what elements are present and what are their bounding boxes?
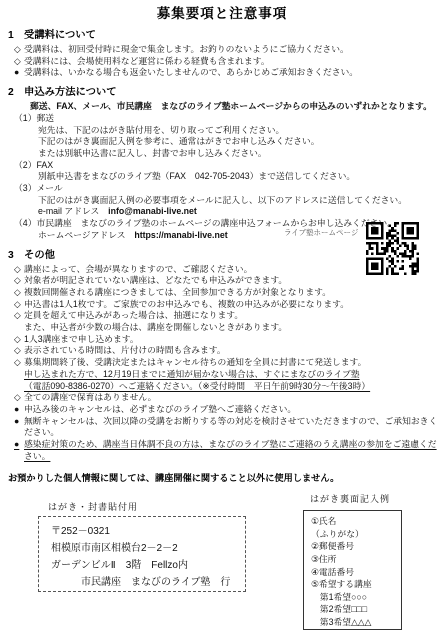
bullet-marker: ● bbox=[14, 67, 24, 79]
bullet-marker: ● bbox=[14, 416, 24, 428]
privacy-note: お預かりした個人情報に関しては、講座開催に関すること以外に使用しません。 bbox=[8, 473, 444, 485]
bullet-marker: ◇ bbox=[14, 357, 24, 369]
page-title: 募集要項と注意事項 bbox=[0, 5, 444, 22]
note-text: また、申込者が少数の場合は、講座を開催しないときがあります。 bbox=[24, 322, 287, 334]
bullet-marker bbox=[14, 369, 24, 381]
note-text: 全ての講座で保育はありません。 bbox=[24, 392, 156, 404]
bullet-marker: ◇ bbox=[14, 334, 24, 346]
other-note-line: ◇募集期間終了後、受講決定またはキャンセル待ちの通知を全員に封書にて発送します。 bbox=[14, 357, 444, 369]
other-note-line: ださい。 bbox=[14, 427, 444, 439]
postcard-example-label: はがき裏面記入例 bbox=[310, 494, 390, 506]
other-note-line: ●感染症対策のため、講座当日体調不良の方は、まなびのライブ塾にご連絡のうえ講座の… bbox=[14, 439, 444, 451]
address-text: https://manabi-live.net bbox=[134, 230, 227, 240]
note-text: 対象者が明記されていない講座は、どなたでも申込みができます。 bbox=[24, 275, 287, 287]
entry-example-line: ②郵便番号 bbox=[311, 540, 401, 553]
bullet-marker: ◇ bbox=[14, 275, 24, 287]
note-text: 1人3講座まで申し込めます。 bbox=[24, 334, 139, 346]
qr-block: ライブ塾ホームページ bbox=[284, 222, 419, 275]
note-text: 申込書は1人1枚です。ご家族でのお申込みでも、複数の申込みが必要になります。 bbox=[24, 299, 349, 311]
note-text: さい。 bbox=[24, 451, 50, 463]
entry-example-line: ③住所 bbox=[311, 553, 401, 566]
entry-example-line: （ふりがな） bbox=[311, 528, 401, 541]
entry-example-line: 第1希望○○○ bbox=[311, 591, 401, 604]
mailing-address-box: 〒252－0321相模原市南区相模台2－2－2ガーデンビルⅡ 3階 Fellzo… bbox=[38, 516, 246, 592]
address-line: 市民講座 まなびのライブ塾 行 bbox=[51, 574, 245, 591]
other-note-line: ◇複数回開催される講座につきましては、全回参加できる方が対象となります。 bbox=[14, 287, 444, 299]
fee-notes-list: ◇受講料は、初回受付時に現金で集金します。お釣りのないようにご協力ください。◇受… bbox=[14, 44, 444, 79]
note-text: 受講料には、会場使用料など運営に係わる経費も含まれます。 bbox=[24, 56, 270, 68]
entry-example-line: ①氏名 bbox=[311, 515, 401, 528]
note-text: （電話090-8386-0270）へご連絡ください。（※受付時間 平日午前9時3… bbox=[24, 381, 370, 393]
method-detail-line: 下記のはがき裏面記入例の必要事項をメールに記入し、以下のアドレスに送信してくださ… bbox=[38, 195, 444, 207]
address-line: 相模原市南区相模台2－2－2 bbox=[51, 540, 245, 557]
qr-code-icon bbox=[366, 222, 419, 275]
bullet-marker: ◇ bbox=[14, 44, 24, 56]
note-text: 受講料は、いかなる場合も返金いたしませんので、あらかじめご承知おきください。 bbox=[24, 67, 358, 79]
other-note-line: 申し込まれた方で、12月19日までに通知が届かない場合は、すぐにまなびのライブ塾 bbox=[14, 369, 444, 381]
application-methods-intro: 郵送、FAX、メール、市民講座 まなびのライブ塾ホームページからの申込みのいずれ… bbox=[30, 101, 444, 113]
method-detail-line: 下記のはがき裏面記入例を参考に、通常はがきでお申し込みください。 bbox=[38, 136, 444, 148]
postcard-entry-example-box: ①氏名（ふりがな）②郵便番号③住所④電話番号⑤希望する講座 第1希望○○○ 第2… bbox=[303, 510, 402, 630]
address-text: info@manabi-live.net bbox=[108, 206, 197, 216]
bullet-marker: ● bbox=[14, 439, 24, 451]
bullet-marker: ◇ bbox=[14, 299, 24, 311]
address-line: ガーデンビルⅡ 3階 Fellzo内 bbox=[51, 557, 245, 574]
note-text: 複数回開催される講座につきましては、全回参加できる方が対象となります。 bbox=[24, 287, 331, 299]
bullet-marker: ● bbox=[14, 404, 24, 416]
note-text: 無断キャンセルは、次回以降の受講をお断りする等の対応を検討させていただきますので… bbox=[24, 416, 437, 428]
other-note-line: （電話090-8386-0270）へご連絡ください。（※受付時間 平日午前9時3… bbox=[14, 381, 444, 393]
other-note-line: ◇対象者が明記されていない講座は、どなたでも申込みができます。 bbox=[14, 275, 444, 287]
note-text: 講座によって、会場が異なりますので、ご確認ください。 bbox=[24, 264, 252, 276]
other-notes-list: ◇講座によって、会場が異なりますので、ご確認ください。◇対象者が明記されていない… bbox=[14, 264, 444, 463]
bullet-marker bbox=[14, 322, 24, 334]
method-label: （3）メール bbox=[14, 183, 444, 195]
entry-example-line: 第3希望△△△ bbox=[311, 616, 401, 629]
bullet-marker: ◇ bbox=[14, 392, 24, 404]
fee-note-line: ◇受講料は、初回受付時に現金で集金します。お釣りのないようにご協力ください。 bbox=[14, 44, 444, 56]
other-note-line: ●申込み後のキャンセルは、必ずまなびのライブ塾へご連絡ください。 bbox=[14, 404, 444, 416]
method-detail-line: または別紙申込書に記入し、封書でお申し込みください。 bbox=[38, 148, 444, 160]
section1-heading: 1 受講料について bbox=[8, 29, 444, 42]
address-line: 〒252－0321 bbox=[51, 523, 245, 540]
postcard-address-label: はがき・封書貼付用 bbox=[48, 502, 138, 514]
other-note-line: ◇定員を超えて申込みがあった場合は、抽選になります。 bbox=[14, 310, 444, 322]
document-page: 募集要項と注意事項 1 受講料について ◇受講料は、初回受付時に現金で集金します… bbox=[0, 0, 444, 631]
bullet-marker: ◇ bbox=[14, 287, 24, 299]
note-text: 申込み後のキャンセルは、必ずまなびのライブ塾へご連絡ください。 bbox=[24, 404, 296, 416]
entry-example-line: ⑤希望する講座 bbox=[311, 578, 401, 591]
note-text: ださい。 bbox=[24, 427, 59, 439]
note-text: 表示されている時間は、片付けの時間も含みます。 bbox=[24, 345, 226, 357]
method-label: （1）郵送 bbox=[14, 113, 444, 125]
postcard-section: はがき・封書貼付用 はがき裏面記入例 〒252－0321相模原市南区相模台2－2… bbox=[0, 488, 444, 631]
bullet-marker bbox=[14, 451, 24, 463]
other-note-line: ◇1人3講座まで申し込めます。 bbox=[14, 334, 444, 346]
bullet-marker: ◇ bbox=[14, 345, 24, 357]
entry-example-line: 第2希望□□□ bbox=[311, 603, 401, 616]
bullet-marker bbox=[14, 381, 24, 393]
other-note-line: ◇全ての講座で保育はありません。 bbox=[14, 392, 444, 404]
note-text: 感染症対策のため、講座当日体調不良の方は、まなびのライブ塾にご連絡のうえ講座の参… bbox=[24, 439, 437, 451]
method-detail-line: e-mail アドレス info@manabi-live.net bbox=[38, 206, 444, 218]
bullet-marker: ◇ bbox=[14, 56, 24, 68]
fee-note-line: ◇受講料には、会場使用料など運営に係わる経費も含まれます。 bbox=[14, 56, 444, 68]
note-text: 受講料は、初回受付時に現金で集金します。お釣りのないようにご協力ください。 bbox=[24, 44, 349, 56]
other-note-line: ●無断キャンセルは、次回以降の受講をお断りする等の対応を検討させていただきますの… bbox=[14, 416, 444, 428]
bullet-marker: ◇ bbox=[14, 264, 24, 276]
bullet-marker: ◇ bbox=[14, 310, 24, 322]
entry-example-line: ④電話番号 bbox=[311, 566, 401, 579]
bullet-marker bbox=[14, 427, 24, 439]
method-detail-line: 宛先は、下記のはがき貼付用を、切り取ってご利用ください。 bbox=[38, 125, 444, 137]
other-note-line: ◇表示されている時間は、片付けの時間も含みます。 bbox=[14, 345, 444, 357]
qr-caption: ライブ塾ホームページ bbox=[284, 227, 358, 239]
other-note-line: さい。 bbox=[14, 451, 444, 463]
method-label: （2）FAX bbox=[14, 160, 444, 172]
note-text: 定員を超えて申込みがあった場合は、抽選になります。 bbox=[24, 310, 243, 322]
section2-heading: 2 申込み方法について bbox=[8, 86, 444, 99]
other-note-line: ◇申込書は1人1枚です。ご家族でのお申込みでも、複数の申込みが必要になります。 bbox=[14, 299, 444, 311]
note-text: 募集期間終了後、受講決定またはキャンセル待ちの通知を全員に封書にて発送します。 bbox=[24, 357, 366, 369]
method-detail-line: 別紙申込書をまなびのライブ塾（FAX 042-705-2043）まで送信してくだ… bbox=[38, 171, 444, 183]
fee-note-line: ●受講料は、いかなる場合も返金いたしませんので、あらかじめご承知おきください。 bbox=[14, 67, 444, 79]
other-note-line: また、申込者が少数の場合は、講座を開催しないときがあります。 bbox=[14, 322, 444, 334]
note-text: 申し込まれた方で、12月19日までに通知が届かない場合は、すぐにまなびのライブ塾 bbox=[24, 369, 360, 381]
